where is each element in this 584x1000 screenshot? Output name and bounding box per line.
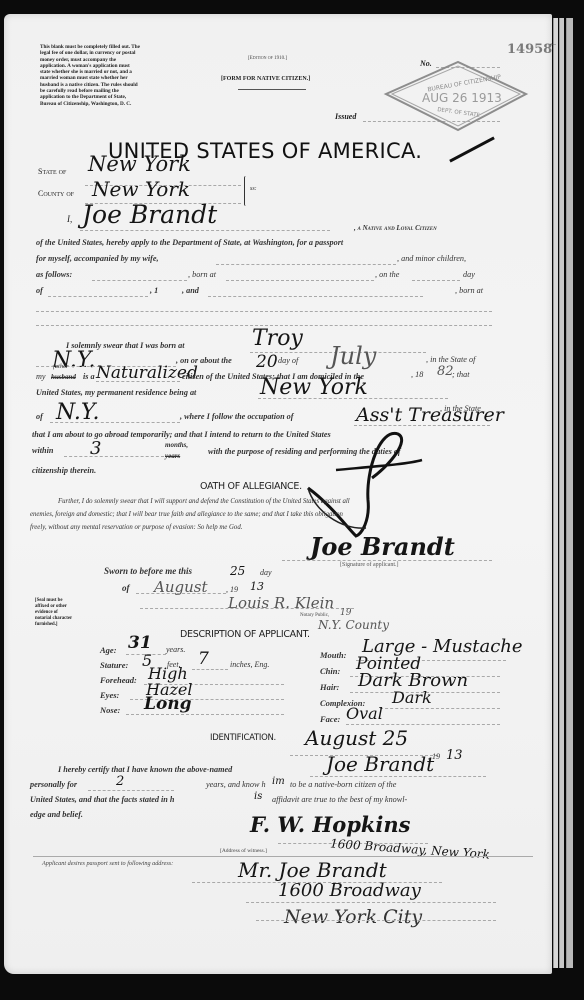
nose-label: Nose: (100, 705, 120, 715)
notary-line (140, 608, 354, 609)
chin-label: Chin: (320, 666, 340, 676)
apply-line: of the United States, hereby apply to th… (36, 238, 343, 247)
identification-heading: IDENTIFICATION. (210, 733, 276, 743)
his-handwritten: is (254, 791, 262, 802)
blank-line (36, 311, 492, 312)
complexion-line (380, 708, 500, 709)
years-and-know-text: years, and know h (206, 780, 266, 789)
sworn-text: Sworn to before me this (104, 566, 192, 576)
wife-line-label: for myself, accompanied by my wife, (36, 254, 159, 263)
eyes-label: Eyes: (100, 690, 119, 700)
certify-text: I hereby certify that I have known the a… (58, 765, 232, 774)
husband-struck: husband (51, 373, 76, 381)
state-of-text: , in the State of (426, 355, 475, 364)
citizenship-text: citizenship therein. (32, 466, 96, 475)
father-text: father (53, 363, 69, 370)
that-text: ; that (452, 370, 470, 379)
is-a-text: is a (83, 372, 95, 381)
divider (238, 89, 306, 90)
nose-line (126, 714, 284, 715)
occupation: Ass't Treasurer (356, 404, 504, 426)
applicant-name: Joe Brandt (82, 200, 217, 229)
mailing-line-3: New York City (284, 906, 422, 928)
section-divider (33, 856, 533, 857)
us-text: United States, and that the facts stated… (30, 795, 174, 804)
signature-label: [Signature of applicant.] (340, 562, 398, 568)
sworn-year: 13 (250, 580, 264, 593)
within-text: within (32, 446, 53, 455)
page-edge (553, 18, 558, 968)
approval-mark (300, 430, 430, 540)
born-at-label: , born at (188, 270, 216, 279)
allegiance-line-2: enemies, foreign and domestic; that I wi… (30, 511, 343, 518)
second-child-line (208, 296, 423, 297)
native-loyal-text: , a Native and Loyal Citizen (354, 224, 437, 232)
county-label: County of (38, 189, 74, 198)
county-value: New York (92, 177, 190, 201)
i-label: I, (67, 214, 72, 224)
form-title: [FORM FOR NATIVE CITIZEN.] (221, 76, 310, 82)
named-person: Joe Brandt (326, 752, 434, 776)
child-birthplace-line (226, 280, 374, 281)
years-label: years. (166, 645, 185, 654)
instructions-note: This blank must be completely filled out… (40, 44, 140, 107)
abroad-text: that I am about to go abroad temporarily… (32, 430, 331, 439)
arrow-mark: ← (548, 38, 558, 49)
occupation-text: , where I follow the occupation of (180, 412, 294, 421)
day-label-sworn: day (260, 568, 272, 577)
year-label-sworn: , 19 (226, 585, 238, 594)
mailing-line-1: Mr. Joe Brandt (238, 858, 387, 882)
complexion-value: Dark (392, 688, 432, 707)
description-heading: DESCRIPTION OF APPLICANT. (180, 629, 310, 640)
wife-field-line (216, 264, 396, 265)
notary-signature: Louis R. Klein (228, 594, 334, 612)
born-at-label-2: , born at (455, 286, 483, 295)
and-label: , and (182, 286, 199, 295)
years-known: 2 (116, 774, 124, 789)
as-follows-label: as follows: (36, 270, 72, 279)
my-text: my (36, 372, 46, 381)
child-name-line (92, 280, 187, 281)
allegiance-line-3: freely, without any mental reservation o… (30, 524, 242, 531)
residence-state-line (50, 422, 180, 423)
mailing-line-2: 1600 Broadway (278, 880, 421, 901)
sworn-day: 25 (230, 564, 245, 578)
forehead-label: Forehead: (100, 675, 137, 685)
years-struck: years (165, 452, 180, 460)
edition-label: [Edition of 1910.] (248, 55, 287, 61)
birth-month: July (330, 342, 376, 370)
father-status-line (96, 381, 180, 382)
months-text: months, (165, 441, 188, 449)
mailing-line-3-rule (256, 920, 496, 921)
age-label: Age: (100, 645, 117, 655)
minor-children-label: , and minor children, (397, 254, 466, 263)
of-label-sworn: of (122, 583, 130, 593)
notary-number: 19 (340, 608, 351, 618)
mailing-line-2-rule (246, 902, 496, 903)
face-line (346, 724, 500, 725)
years-known-line (88, 790, 174, 791)
residence: New York (260, 375, 368, 400)
sworn-month-line (136, 593, 226, 594)
nose-value: Long (144, 694, 192, 714)
duration-line (64, 456, 164, 457)
signature-line (282, 560, 492, 561)
stature-inches: 7 (198, 649, 209, 669)
year-prefix-label: , 1 (150, 286, 158, 295)
page-edge (566, 18, 573, 968)
applicant-signature: Joe Brandt (310, 532, 455, 561)
residence-text: United States, my permanent residence be… (36, 388, 196, 397)
face-value: Oval (346, 704, 383, 723)
named-person-line (310, 776, 486, 777)
birthplace: Troy (252, 326, 303, 351)
hair-label: Hair: (320, 682, 339, 692)
stamp-date: AUG 26 1913 (422, 91, 502, 105)
received-stamp: BUREAU OF CITIZENSHIP AUG 26 1913 DEPT. … (382, 60, 530, 132)
on-the-label: , on the (375, 270, 399, 279)
child-day-line (412, 280, 460, 281)
of-label: of (36, 286, 43, 295)
day-label: day (463, 270, 475, 279)
name-line (80, 230, 330, 231)
allegiance-line-1: Further, I do solemnly swear that I will… (58, 498, 350, 505)
child-month-line (48, 296, 148, 297)
state-value: New York (88, 152, 191, 176)
affidavit-text: affidavit are true to the best of my kno… (272, 795, 407, 804)
witness-address-label: [Address of witness.] (220, 848, 267, 854)
face-label: Face: (320, 714, 340, 724)
ss-label: ss: (250, 186, 257, 192)
occupation-line (354, 425, 490, 426)
serial-number: 14958 (507, 42, 552, 57)
page-edge (559, 18, 564, 968)
edge-belief-text: edge and belief. (30, 810, 83, 819)
him-handwritten: im (272, 776, 285, 787)
inches-label: inches, Eng. (230, 660, 269, 669)
residence-line (258, 398, 448, 399)
witness-signature: F. W. Hopkins (250, 812, 411, 837)
notary-county: N.Y. County (318, 618, 389, 632)
identification-year: 13 (446, 748, 463, 763)
identification-date: August 25 (305, 726, 408, 750)
allegiance-heading: OATH OF ALLEGIANCE. (200, 481, 302, 492)
mouth-label: Mouth: (320, 650, 346, 660)
birth-day: 20 (256, 352, 278, 372)
day-of-text: day of (278, 356, 298, 365)
age-value: 31 (128, 633, 152, 653)
personally-for-text: personally for (30, 780, 77, 789)
stature-label: Stature: (100, 660, 128, 670)
issued-label: Issued (335, 112, 356, 121)
seal-note: [Seal must be affixed or other evidence … (35, 598, 75, 628)
of-text: of (36, 412, 43, 421)
mailing-label: Applicant desires passport sent to follo… (42, 860, 173, 867)
inches-line (192, 669, 228, 670)
native-born-text: to be a native-born citizen of the (290, 780, 396, 789)
brace (244, 176, 248, 206)
state-label: State of (38, 167, 66, 176)
year-prefix: , 18 (411, 370, 423, 379)
